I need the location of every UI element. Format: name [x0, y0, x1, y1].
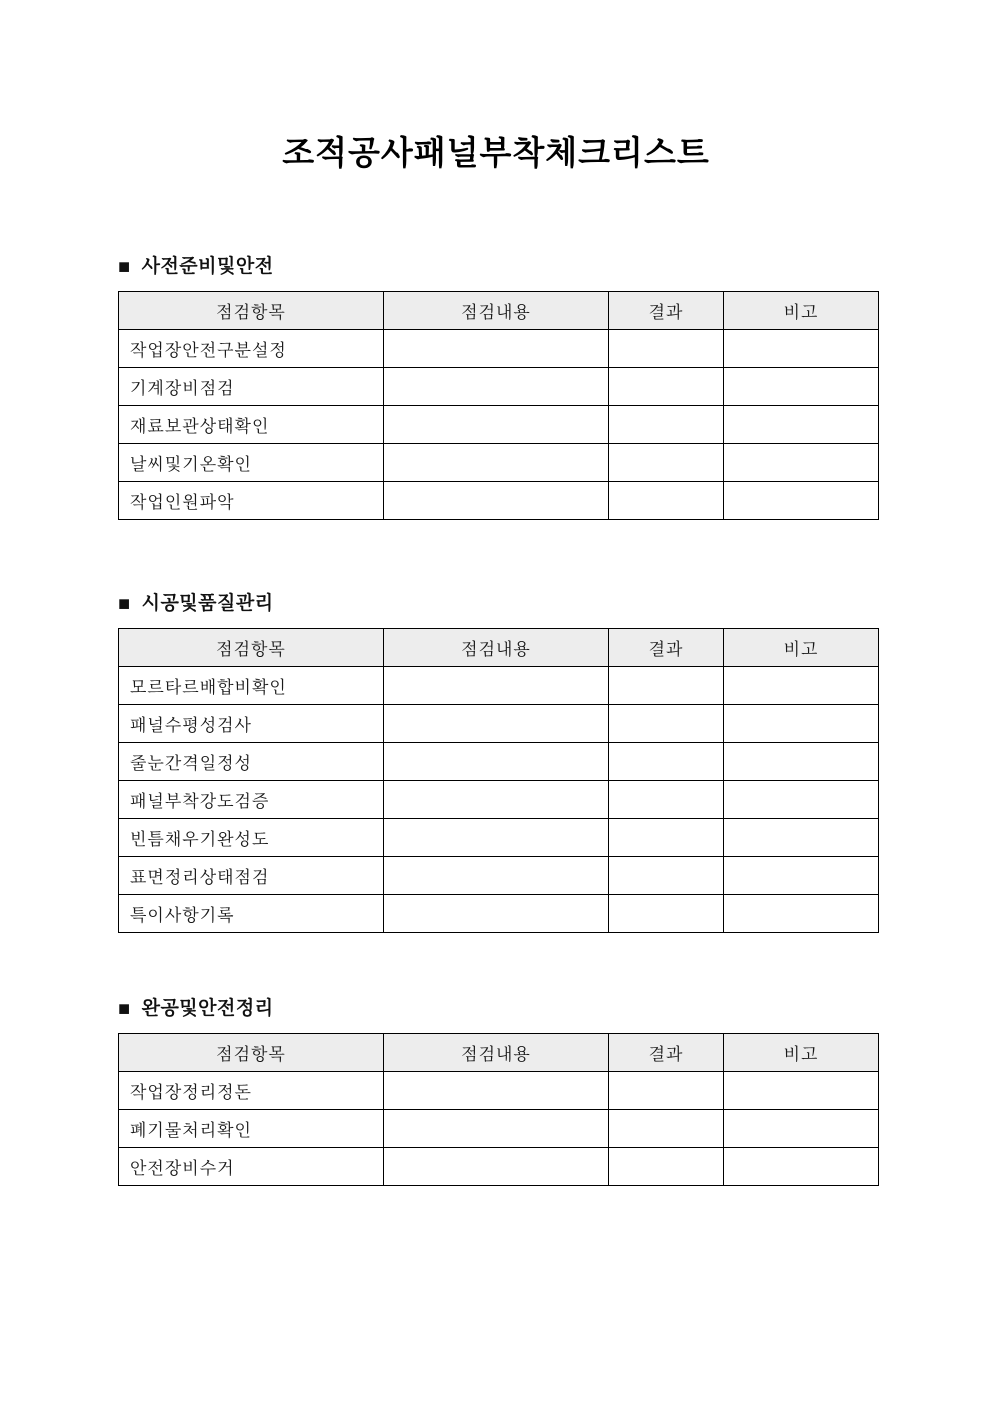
section-heading: ■ 사전준비및안전: [118, 255, 992, 278]
document-page: 조적공사패널부착체크리스트 ■ 사전준비및안전 점검항목 점검내용 결과 비고 …: [0, 0, 992, 1403]
table-row: 줄눈간격일정성: [119, 743, 879, 781]
section-construction-quality: ■ 시공및품질관리 점검항목 점검내용 결과 비고 모르타르배합비확인: [0, 592, 992, 933]
check-item-cell: 패널수평성검사: [119, 705, 384, 743]
content-cell: [384, 1148, 609, 1186]
result-cell: [609, 406, 724, 444]
table-row: 날씨및기온확인: [119, 444, 879, 482]
table-header-row: 점검항목 점검내용 결과 비고: [119, 292, 879, 330]
remarks-cell: [724, 857, 879, 895]
remarks-cell: [724, 705, 879, 743]
check-item-cell: 패널부착강도검증: [119, 781, 384, 819]
table-row: 특이사항기록: [119, 895, 879, 933]
table-row: 작업장안전구분설정: [119, 330, 879, 368]
column-header-remarks: 비고: [724, 292, 879, 330]
check-item-cell: 빈틈채우기완성도: [119, 819, 384, 857]
content-cell: [384, 819, 609, 857]
content-cell: [384, 1110, 609, 1148]
content-cell: [384, 781, 609, 819]
remarks-cell: [724, 1110, 879, 1148]
column-header-item: 점검항목: [119, 1034, 384, 1072]
result-cell: [609, 667, 724, 705]
column-header-item: 점검항목: [119, 629, 384, 667]
result-cell: [609, 1148, 724, 1186]
check-item-cell: 폐기물처리확인: [119, 1110, 384, 1148]
result-cell: [609, 482, 724, 520]
check-item-cell: 작업장안전구분설정: [119, 330, 384, 368]
result-cell: [609, 1110, 724, 1148]
remarks-cell: [724, 1148, 879, 1186]
content-cell: [384, 705, 609, 743]
check-item-cell: 작업장정리정돈: [119, 1072, 384, 1110]
column-header-result: 결과: [609, 292, 724, 330]
remarks-cell: [724, 1072, 879, 1110]
checklist-table: 점검항목 점검내용 결과 비고 작업장정리정돈 폐기물처리확인: [118, 1033, 879, 1186]
section-preparation-safety: ■ 사전준비및안전 점검항목 점검내용 결과 비고 작업장안전구분설정: [0, 255, 992, 520]
result-cell: [609, 705, 724, 743]
table-row: 작업장정리정돈: [119, 1072, 879, 1110]
result-cell: [609, 330, 724, 368]
table-row: 폐기물처리확인: [119, 1110, 879, 1148]
table-row: 표면정리상태점검: [119, 857, 879, 895]
check-item-cell: 작업인원파악: [119, 482, 384, 520]
result-cell: [609, 781, 724, 819]
section-heading-label: 사전준비및안전: [142, 255, 274, 278]
result-cell: [609, 895, 724, 933]
square-bullet-icon: ■: [118, 257, 131, 277]
content-cell: [384, 406, 609, 444]
column-header-remarks: 비고: [724, 629, 879, 667]
content-cell: [384, 444, 609, 482]
remarks-cell: [724, 444, 879, 482]
table-header-row: 점검항목 점검내용 결과 비고: [119, 629, 879, 667]
check-item-cell: 특이사항기록: [119, 895, 384, 933]
section-heading: ■ 시공및품질관리: [118, 592, 992, 615]
document-title: 조적공사패널부착체크리스트: [0, 0, 992, 173]
remarks-cell: [724, 330, 879, 368]
column-header-content: 점검내용: [384, 629, 609, 667]
square-bullet-icon: ■: [118, 594, 131, 614]
result-cell: [609, 368, 724, 406]
result-cell: [609, 857, 724, 895]
content-cell: [384, 667, 609, 705]
square-bullet-icon: ■: [118, 999, 131, 1019]
column-header-remarks: 비고: [724, 1034, 879, 1072]
section-heading-label: 시공및품질관리: [142, 592, 274, 615]
checklist-table: 점검항목 점검내용 결과 비고 작업장안전구분설정 기계장비점검: [118, 291, 879, 520]
remarks-cell: [724, 406, 879, 444]
content-cell: [384, 368, 609, 406]
content-cell: [384, 857, 609, 895]
check-item-cell: 표면정리상태점검: [119, 857, 384, 895]
table-row: 패널부착강도검증: [119, 781, 879, 819]
check-item-cell: 모르타르배합비확인: [119, 667, 384, 705]
content-cell: [384, 743, 609, 781]
remarks-cell: [724, 482, 879, 520]
table-row: 패널수평성검사: [119, 705, 879, 743]
table-row: 빈틈채우기완성도: [119, 819, 879, 857]
remarks-cell: [724, 895, 879, 933]
remarks-cell: [724, 781, 879, 819]
column-header-item: 점검항목: [119, 292, 384, 330]
check-item-cell: 줄눈간격일정성: [119, 743, 384, 781]
content-cell: [384, 482, 609, 520]
table-header-row: 점검항목 점검내용 결과 비고: [119, 1034, 879, 1072]
checklist-table: 점검항목 점검내용 결과 비고 모르타르배합비확인 패널수평성검사: [118, 628, 879, 933]
table-row: 재료보관상태확인: [119, 406, 879, 444]
check-item-cell: 기계장비점검: [119, 368, 384, 406]
column-header-result: 결과: [609, 629, 724, 667]
table-row: 모르타르배합비확인: [119, 667, 879, 705]
remarks-cell: [724, 743, 879, 781]
check-item-cell: 안전장비수거: [119, 1148, 384, 1186]
table-row: 기계장비점검: [119, 368, 879, 406]
content-cell: [384, 1072, 609, 1110]
remarks-cell: [724, 667, 879, 705]
table-row: 안전장비수거: [119, 1148, 879, 1186]
column-header-content: 점검내용: [384, 1034, 609, 1072]
section-completion-cleanup: ■ 완공및안전정리 점검항목 점검내용 결과 비고 작업장정리정돈: [0, 997, 992, 1186]
column-header-content: 점검내용: [384, 292, 609, 330]
result-cell: [609, 1072, 724, 1110]
section-heading: ■ 완공및안전정리: [118, 997, 992, 1020]
result-cell: [609, 743, 724, 781]
result-cell: [609, 819, 724, 857]
remarks-cell: [724, 819, 879, 857]
remarks-cell: [724, 368, 879, 406]
content-cell: [384, 895, 609, 933]
column-header-result: 결과: [609, 1034, 724, 1072]
check-item-cell: 날씨및기온확인: [119, 444, 384, 482]
content-cell: [384, 330, 609, 368]
check-item-cell: 재료보관상태확인: [119, 406, 384, 444]
result-cell: [609, 444, 724, 482]
table-row: 작업인원파악: [119, 482, 879, 520]
section-heading-label: 완공및안전정리: [142, 997, 274, 1020]
